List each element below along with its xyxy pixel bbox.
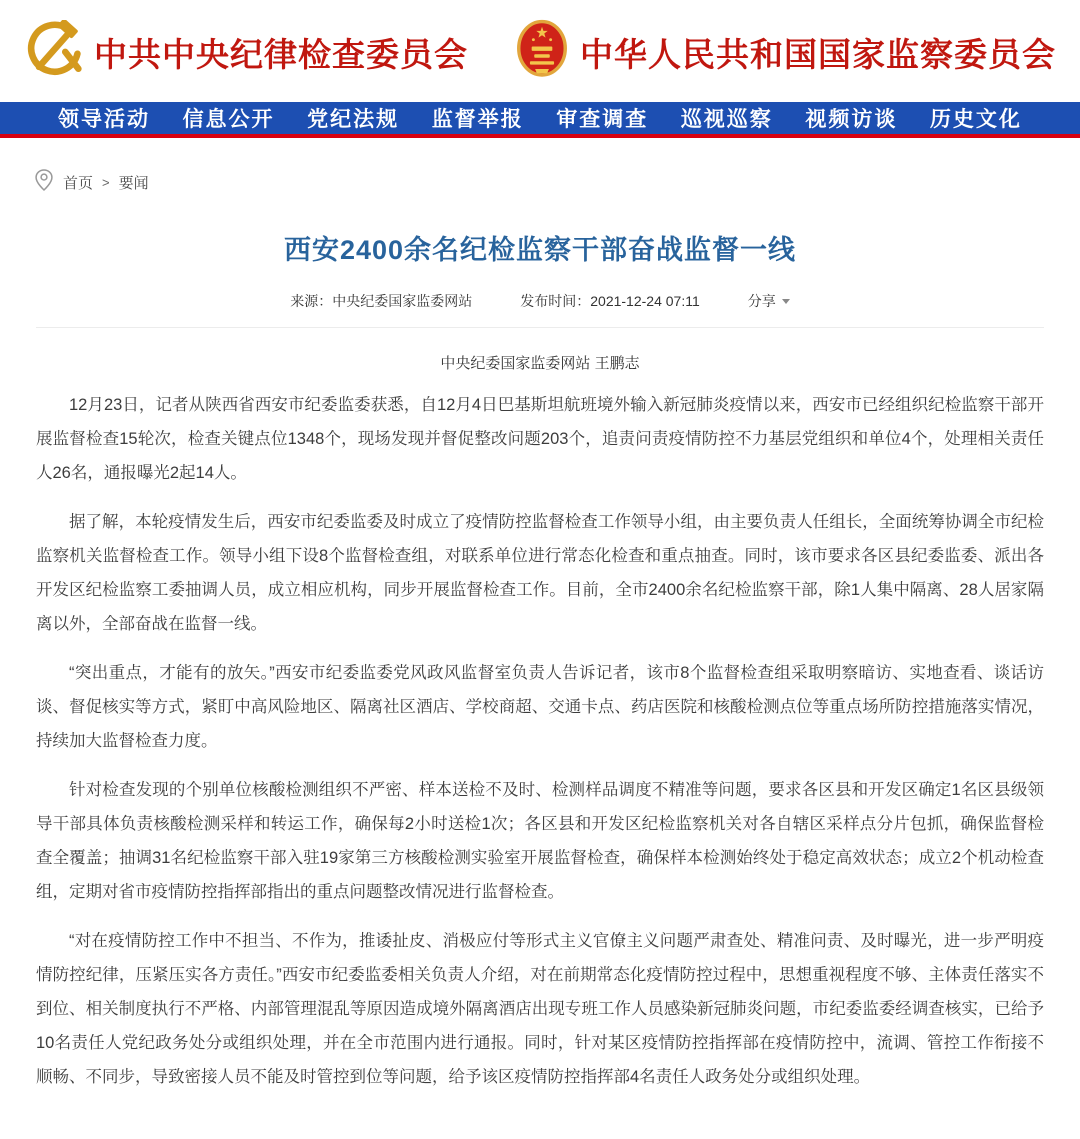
breadcrumb: 首页 > 要闻 xyxy=(0,138,1080,202)
article-paragraph: 12月23日，记者从陕西省西安市纪委监委获悉，自12月4日巴基斯坦航班境外输入新… xyxy=(36,388,1044,490)
article-publish-time: 发布时间：2021-12-24 07:11 xyxy=(520,291,700,311)
nav-item-info-disclosure[interactable]: 信息公开 xyxy=(183,103,275,133)
national-emblem-icon xyxy=(514,19,570,86)
org-nsc[interactable]: 中华人民共和国国家监察委员会 xyxy=(514,19,1056,86)
share-button[interactable]: 分享 xyxy=(748,291,790,311)
breadcrumb-current[interactable]: 要闻 xyxy=(119,172,149,193)
article-meta: 来源：中央纪委国家监委网站 发布时间：2021-12-24 07:11 分享 xyxy=(36,291,1044,328)
source-label: 来源： xyxy=(290,293,332,309)
site-header: 中共中央纪律检查委员会 中华人民共和国国家监察委员会 xyxy=(0,0,1080,100)
location-pin-icon xyxy=(34,168,54,196)
article-paragraph: “对在疫情防控工作中不担当、不作为，推诿扯皮、消极应付等形式主义官僚主义问题严肃… xyxy=(36,924,1044,1094)
nav-item-review-investigation[interactable]: 审查调查 xyxy=(556,103,648,133)
nav-item-party-regulations[interactable]: 党纪法规 xyxy=(307,103,399,133)
article-paragraph: “突出重点，才能有的放矢。”西安市纪委监委党风政风监督室负责人告诉记者，该市8个… xyxy=(36,656,1044,758)
nav-item-leadership[interactable]: 领导活动 xyxy=(58,103,150,133)
chevron-down-icon xyxy=(782,299,790,304)
breadcrumb-separator: > xyxy=(102,175,110,190)
publish-value: 2021-12-24 07:11 xyxy=(590,293,700,309)
article: 西安2400余名纪检监察干部奋战监督一线 来源：中央纪委国家监委网站 发布时间：… xyxy=(0,228,1080,1139)
article-title: 西安2400余名纪检监察干部奋战监督一线 xyxy=(36,228,1044,267)
nav-item-history-culture[interactable]: 历史文化 xyxy=(930,103,1022,133)
breadcrumb-home[interactable]: 首页 xyxy=(63,172,93,193)
article-paragraph: 针对检查发现的个别单位核酸检测组织不严密、样本送检不及时、检测样品调度不精准等问… xyxy=(36,773,1044,909)
org-ccdi[interactable]: 中共中央纪律检查委员会 xyxy=(24,20,468,85)
org-ccdi-title: 中共中央纪律检查委员会 xyxy=(94,29,468,76)
party-emblem-icon xyxy=(24,20,84,85)
publish-label: 发布时间： xyxy=(520,293,590,309)
nav-item-inspection-patrol[interactable]: 巡视巡察 xyxy=(681,103,773,133)
source-value: 中央纪委国家监委网站 xyxy=(332,293,472,309)
nav-item-video-interview[interactable]: 视频访谈 xyxy=(805,103,897,133)
nav-item-supervision-report[interactable]: 监督举报 xyxy=(432,103,524,133)
org-nsc-title: 中华人民共和国国家监察委员会 xyxy=(580,29,1056,76)
share-label: 分享 xyxy=(748,291,776,311)
article-source: 来源：中央纪委国家监委网站 xyxy=(290,291,472,311)
main-nav: 领导活动 信息公开 党纪法规 监督举报 审查调查 巡视巡察 视频访谈 历史文化 xyxy=(0,102,1080,138)
page: 中共中央纪律检查委员会 中华人民共和国国家监察委员会 领导活动 信息公开 xyxy=(0,0,1080,1139)
article-paragraph: 据了解，本轮疫情发生后，西安市纪委监委及时成立了疫情防控监督检查工作领导小组，由… xyxy=(36,505,1044,641)
article-byline: 中央纪委国家监委网站 王鹏志 xyxy=(36,352,1044,373)
